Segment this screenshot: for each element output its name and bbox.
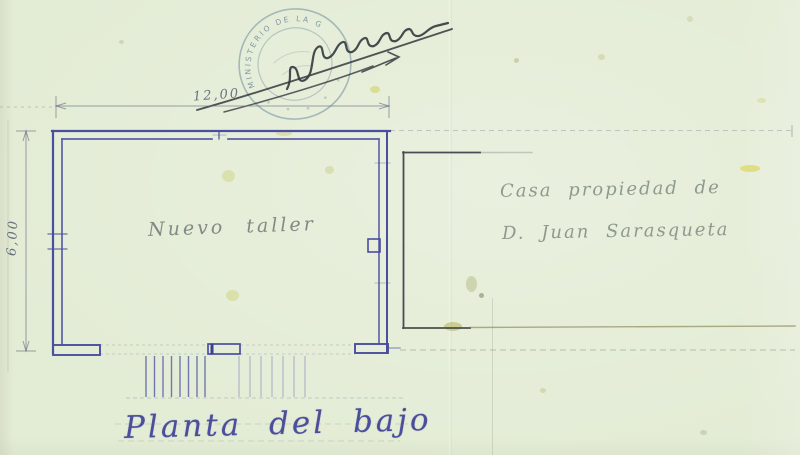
floor-plan-main-building — [48, 131, 400, 355]
stairs-left-flight — [146, 356, 205, 397]
stairs — [146, 356, 305, 397]
construction-lines — [8, 120, 795, 441]
height-dimension-label: 6,00 — [4, 215, 21, 260]
scanned-drawing-page: MINISTERIO DE LA G — [0, 0, 800, 455]
stamp-inner-scribble — [272, 47, 314, 78]
stairs-right-flight — [239, 356, 305, 397]
neighbor-label-line1: Casa propiedad de — [500, 177, 721, 202]
neighbor-label-line2: D. Juan Sarasqueta — [502, 219, 730, 244]
